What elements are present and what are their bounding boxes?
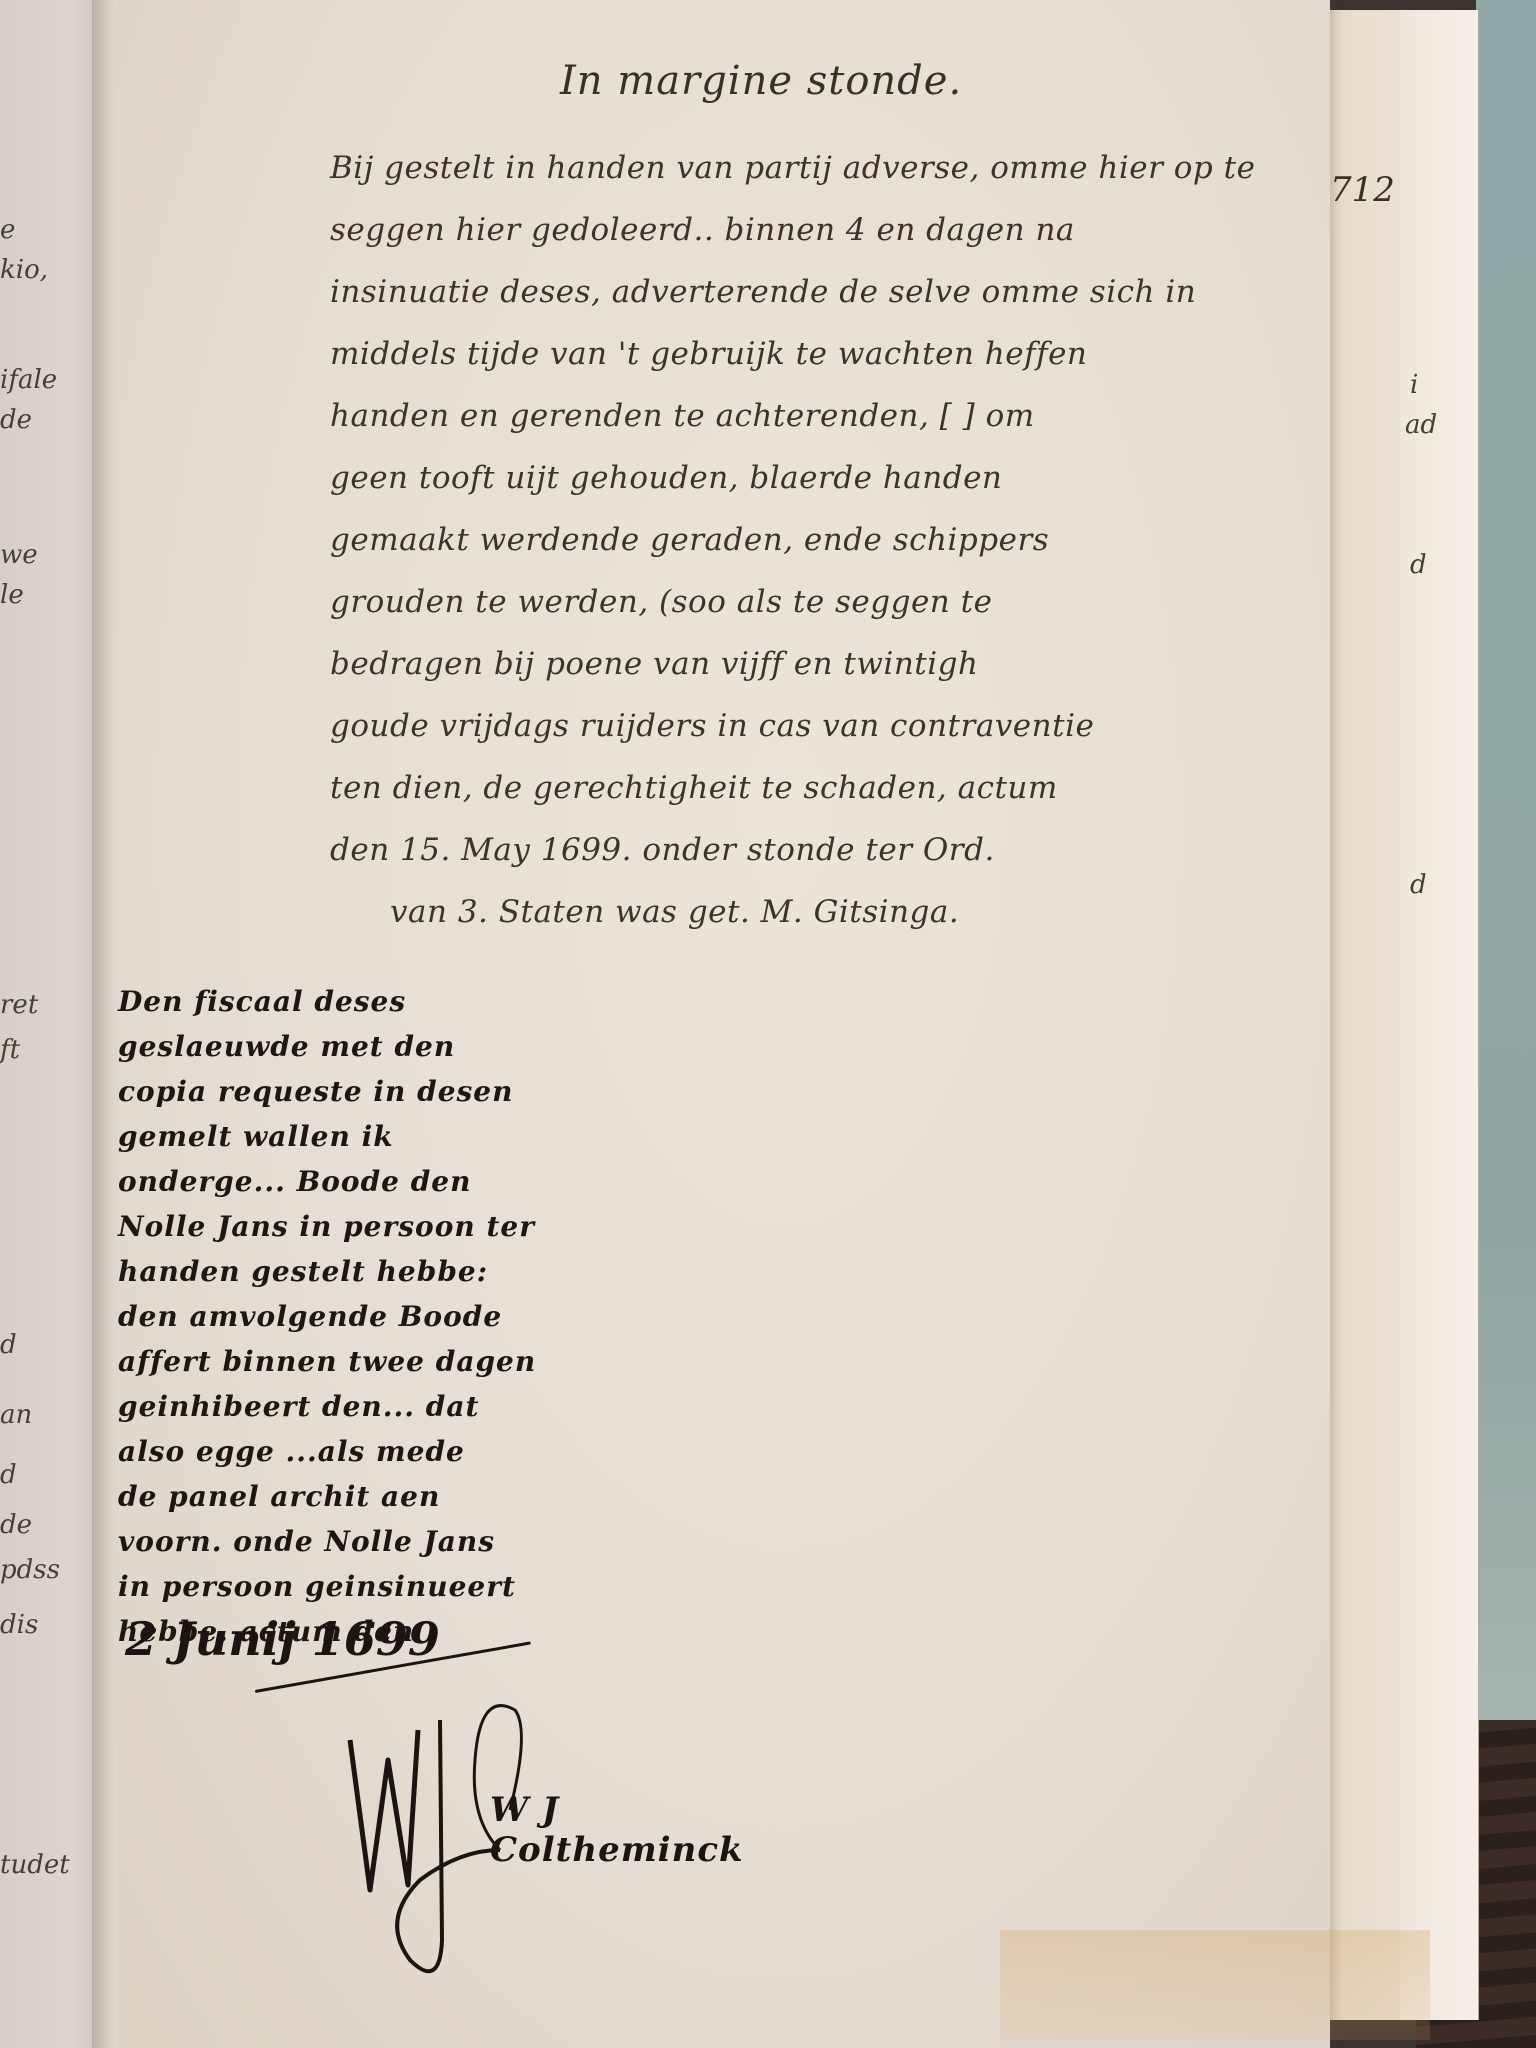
decree-line: geslaeuwde met den	[118, 1030, 778, 1075]
backdrop-wall	[1476, 0, 1536, 1760]
decree-line: in persoon geinsinueert	[118, 1570, 778, 1615]
margin-note-line: Bij gestelt in handen van partij adverse…	[330, 150, 1330, 212]
left-text-fragment: we	[0, 540, 38, 570]
decree-line: also egge ...als mede	[118, 1435, 778, 1480]
signature-text: W J Coltheminck	[490, 1790, 820, 1870]
margin-note-line: bedragen bij poene van vijff en twintigh	[330, 646, 1330, 708]
decree-line: Den fiscaal deses	[118, 985, 778, 1030]
left-text-fragment: dis	[0, 1610, 38, 1640]
margin-note-line: ten dien, de gerechtigheit te schaden, a…	[330, 770, 1330, 832]
decree-line: affert binnen twee dagen	[118, 1345, 778, 1390]
margin-note-line: grouden te werden, (soo als te seggen te	[330, 584, 1330, 646]
margin-note-line: van 3. Staten was get. M. Gitsinga.	[330, 894, 1330, 956]
decree-line: den amvolgende Boode	[118, 1300, 778, 1345]
margin-note-line: goude vrijdags ruijders in cas van contr…	[330, 708, 1330, 770]
margin-note-line: middels tijde van 't gebruijk te wachten…	[330, 336, 1330, 398]
margin-note-line: geen tooft uijt gehouden, blaerde handen	[330, 460, 1330, 522]
folio-number: 712	[1330, 170, 1395, 210]
decree-line: copia requeste in desen	[118, 1075, 778, 1120]
left-text-fragment: de	[0, 405, 32, 435]
left-text-fragment: d	[0, 1460, 17, 1490]
water-stain	[1000, 1930, 1430, 2040]
left-text-fragment: an	[0, 1400, 32, 1430]
decree-line: de panel archit aen	[118, 1480, 778, 1525]
left-facing-page: e kio, ifale de we le ret ft d an d de p…	[0, 0, 100, 2048]
margin-note-line: seggen hier gedoleerd.. binnen 4 en dage…	[330, 212, 1330, 274]
stack-text-fragment: d	[1410, 550, 1427, 580]
margin-note-line: gemaakt werdende geraden, ende schippers	[330, 522, 1330, 584]
margin-note-line: den 15. May 1699. onder stonde ter Ord.	[330, 832, 1330, 894]
decree-block: Den fiscaal deses geslaeuwde met den cop…	[118, 985, 778, 1660]
left-text-fragment: pdss	[0, 1555, 60, 1585]
left-text-fragment: le	[0, 580, 24, 610]
signature: W J Coltheminck	[340, 1700, 820, 1980]
margin-note-line: insinuatie deses, adverterende de selve …	[330, 274, 1330, 336]
left-text-fragment: ft	[0, 1035, 20, 1065]
margin-note-block: Bij gestelt in handen van partij adverse…	[330, 150, 1330, 956]
decree-line: onderge... Boode den	[118, 1165, 778, 1210]
decree-line: geinhibeert den... dat	[118, 1390, 778, 1435]
left-text-fragment: d	[0, 1330, 17, 1360]
underlying-page-3: i ad d d	[1400, 10, 1479, 2020]
page-heading: In margine stonde.	[560, 58, 962, 104]
left-text-fragment: tudet	[0, 1850, 70, 1880]
decree-line: handen gestelt hebbe:	[118, 1255, 778, 1300]
left-text-fragment: e	[0, 215, 15, 245]
left-text-fragment: ret	[0, 990, 38, 1020]
left-text-fragment: kio,	[0, 255, 48, 285]
left-text-fragment: ifale	[0, 365, 57, 395]
stack-text-fragment: i	[1410, 370, 1418, 400]
decree-line: Nolle Jans in persoon ter	[118, 1210, 778, 1255]
stack-text-fragment: d	[1410, 870, 1427, 900]
left-text-fragment: de	[0, 1510, 32, 1540]
margin-note-line: handen en gerenden te achterenden, [ ] o…	[330, 398, 1330, 460]
stack-text-fragment: ad	[1405, 410, 1437, 440]
decree-date: 2 Junij 1699	[125, 1612, 440, 1666]
decree-line: voorn. onde Nolle Jans	[118, 1525, 778, 1570]
decree-line: gemelt wallen ik	[118, 1120, 778, 1165]
